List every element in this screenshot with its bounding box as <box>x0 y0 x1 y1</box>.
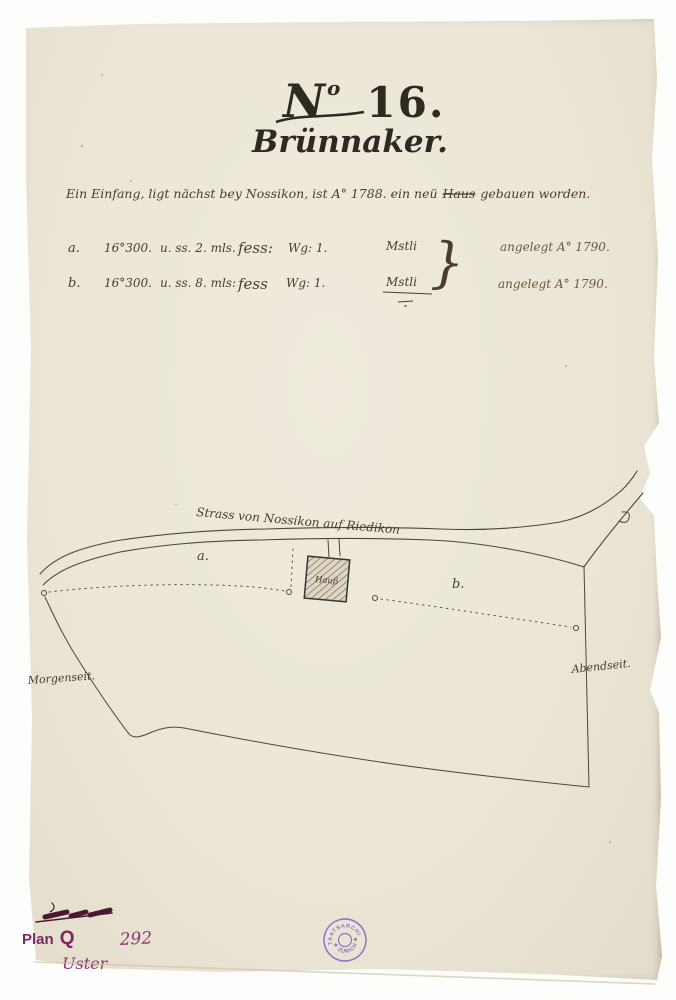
entry-unit: Mstli <box>385 239 417 253</box>
staatsarchiv-round-stamp: STAATSARCHIV ★ ZÜRICH ★ <box>319 914 372 967</box>
plan-number: 292 <box>118 928 152 950</box>
entry-note: angelegt A° 1790. <box>500 240 610 254</box>
plan-signature-stamp: PlanQ <box>22 928 74 949</box>
title-block: No16. Brünnaker. <box>251 74 448 160</box>
road-end-squiggle <box>619 512 629 523</box>
unit-underline <box>383 292 432 294</box>
parcel-left-boundary <box>45 597 129 734</box>
description-line: Ein Einfang, ligt nächst bey Nossikon, i… <box>65 186 590 201</box>
survey-dotted-line-b <box>381 599 571 627</box>
stamp-outer-ring <box>319 914 372 967</box>
entry-letter: b. <box>68 276 80 291</box>
paper-bottom-edge-shade <box>34 962 656 984</box>
entry-letter: a. <box>68 241 80 256</box>
road-label: Strass von Nossikon auf Riedikon <box>196 505 401 537</box>
parcel-bottom-boundary <box>129 727 589 787</box>
scanned-plan-page: No16. Brünnaker. Ein Einfang, ligt nächs… <box>0 0 676 1000</box>
entry-measure: u. ss. 2. mls. <box>160 241 236 255</box>
parcel-b-label: b. <box>452 577 464 592</box>
parcel-right-boundary <box>584 566 589 787</box>
entry-row-b: b. 16°300. u. ss. 8. mls: fess Wg: 1. Ms… <box>68 275 608 306</box>
entry-note: angelegt A° 1790. <box>498 277 608 291</box>
entry-measure: u. ss. 8. mls: <box>160 276 236 290</box>
house-road-connectors <box>328 539 340 557</box>
entry-fess: fess: <box>237 239 273 257</box>
archive-marks: PlanQ 292 Uster STAATSARCHIV ★ ZÜRICH ★ <box>22 903 371 973</box>
plan-ink-layer: No16. Brünnaker. Ein Einfang, ligt nächs… <box>0 0 676 1000</box>
house-symbol: Hauß <box>304 556 350 602</box>
entry-fess: fess <box>237 275 268 293</box>
entry-weg: Wg: 1. <box>288 241 327 255</box>
stamp-inner-ring <box>337 932 353 948</box>
evening-side-label: Abendseit. <box>570 657 631 676</box>
entry-unit: Mstli <box>385 275 417 289</box>
entry-amount: 16°300. <box>104 241 152 255</box>
page-title: Brünnaker. <box>251 124 448 160</box>
entry-weg: Wg: 1. <box>286 276 325 290</box>
survey-dotted-line-a <box>49 585 285 592</box>
parcel-a-label: a. <box>197 549 209 564</box>
entry-amount: 16°300. <box>104 276 152 290</box>
unit-tick-mark <box>398 301 413 306</box>
crossed-out-scribble <box>36 903 112 922</box>
survey-dotted-vertical <box>291 549 293 587</box>
entry-row-a: a. 16°300. u. ss. 2. mls. fess: Wg: 1. M… <box>68 239 610 257</box>
morning-side-label: Morgenseit. <box>26 669 95 687</box>
title-no: No16. <box>281 74 445 128</box>
entries-brace: } <box>430 231 464 294</box>
